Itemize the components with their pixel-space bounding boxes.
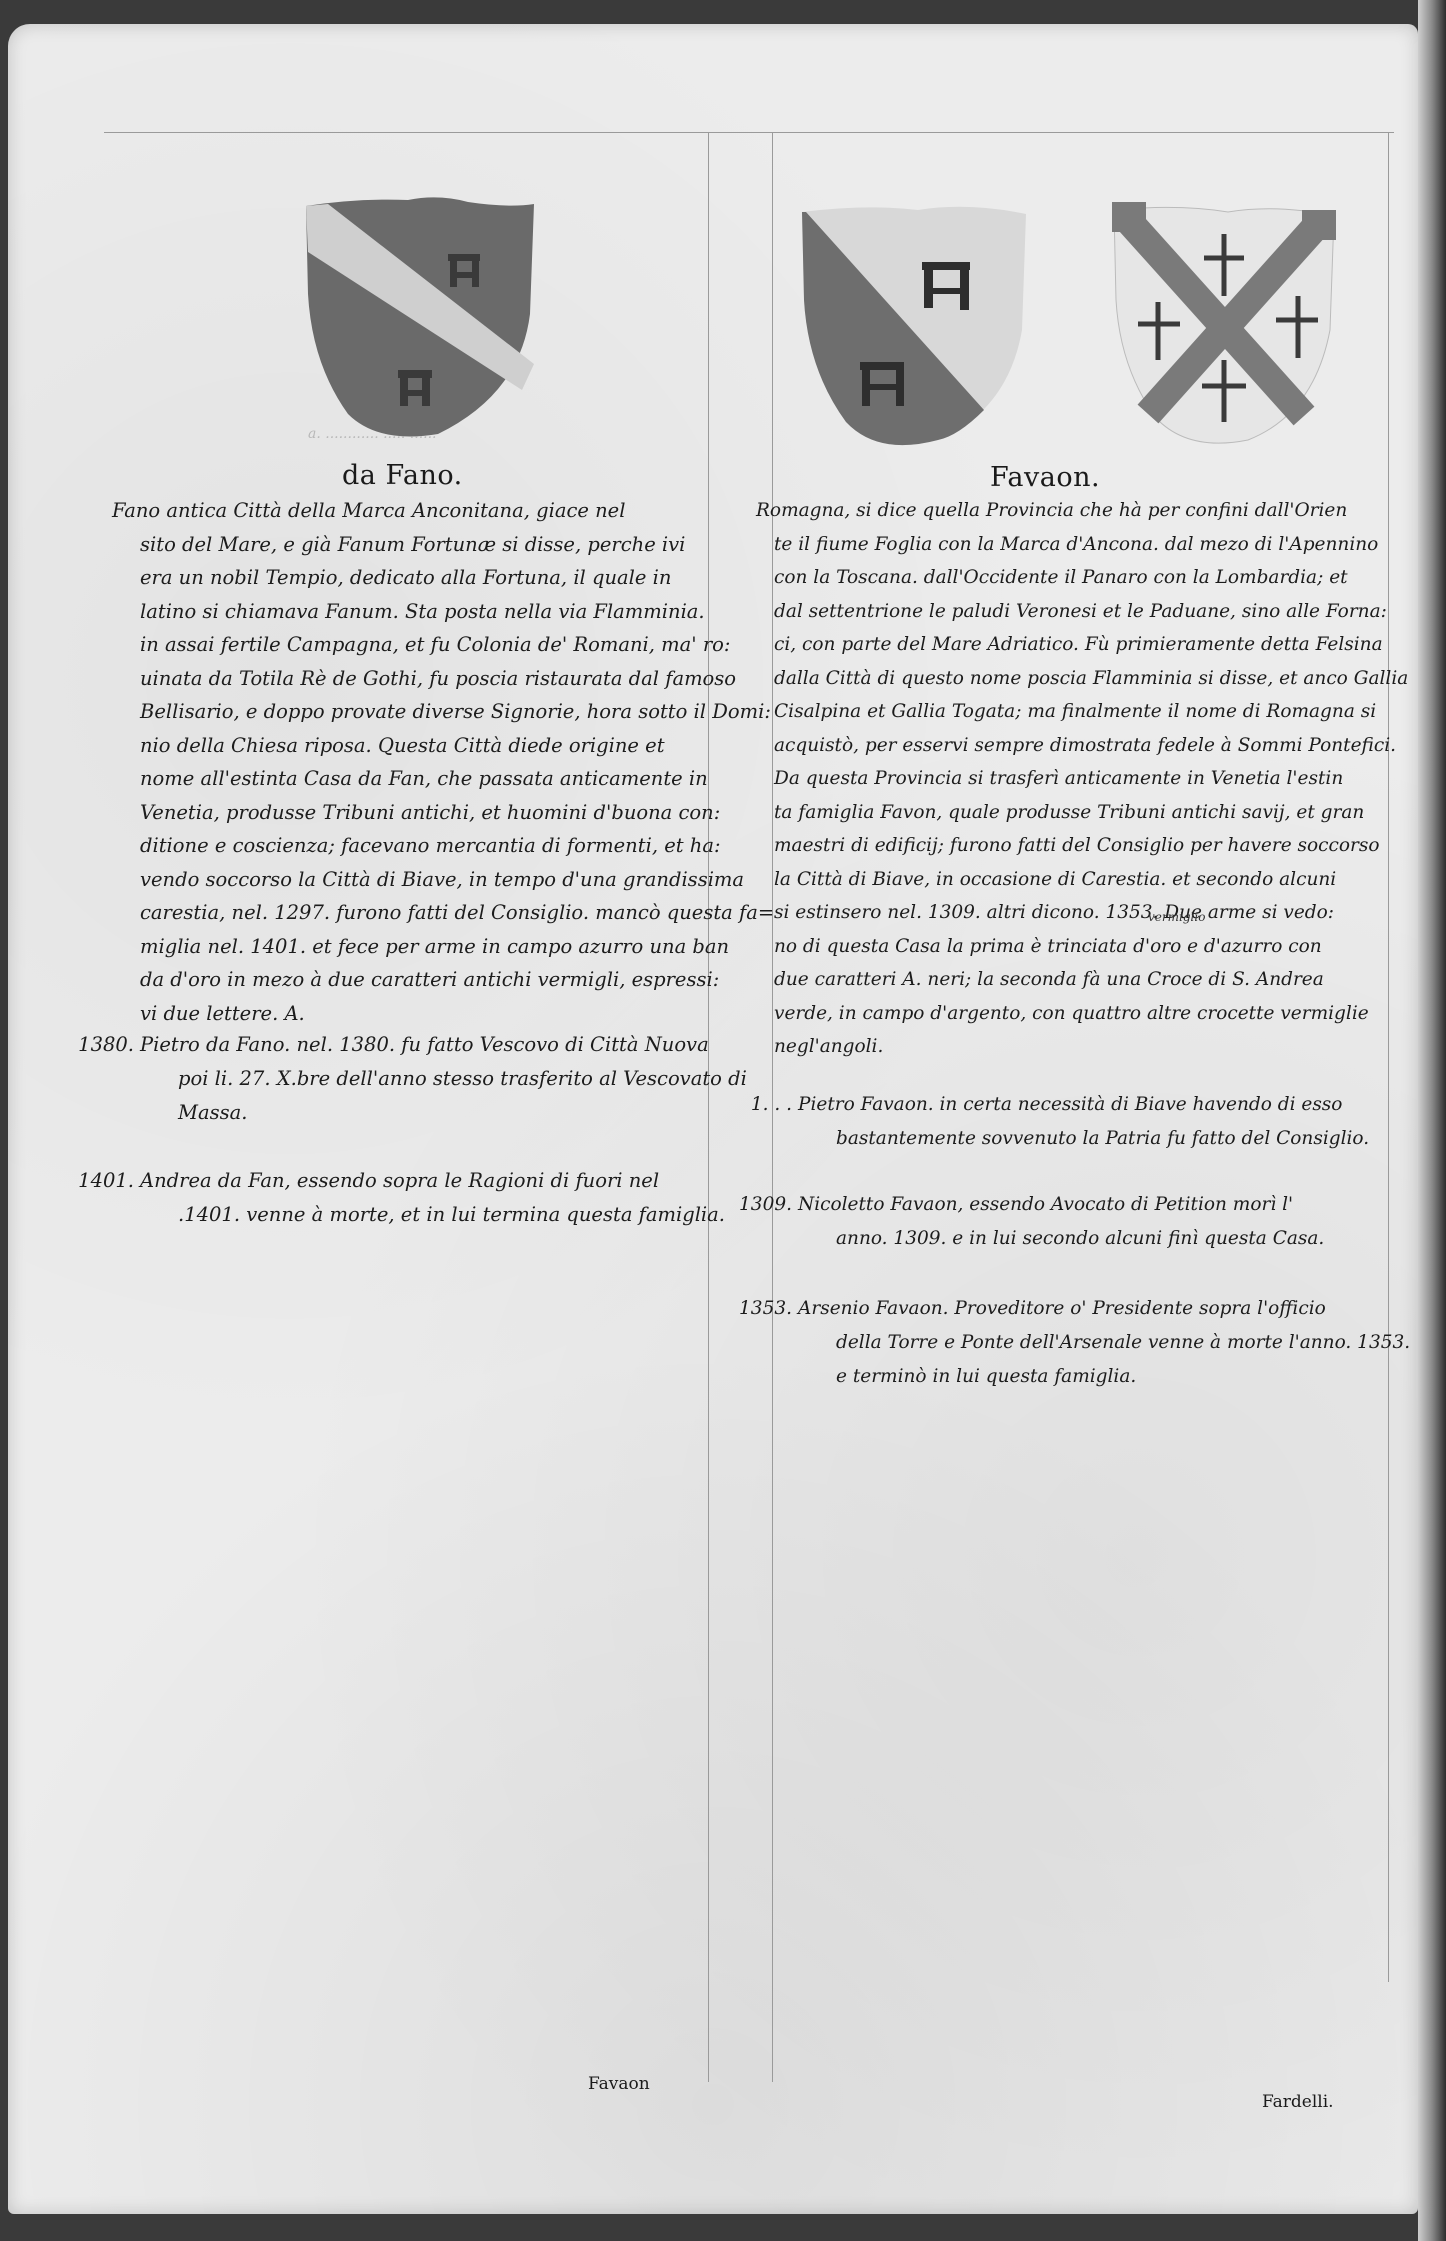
entry-pietro-favaon: 1. . . Pietro Favaon. in certa necessità… — [798, 1088, 1369, 1156]
da-fano-description: Fano antica Città della Marca Anconitana… — [140, 494, 774, 1030]
entry-line: e terminò in lui questa famiglia. — [798, 1360, 1410, 1394]
entry-year: 1309. — [728, 1188, 792, 1222]
entry-line: anno. 1309. e in lui secondo alcuni finì… — [798, 1222, 1324, 1256]
text-line: ta famiglia Favon, quale produsse Tribun… — [774, 796, 1408, 830]
text-line: due caratteri A. neri; la seconda fà una… — [774, 963, 1408, 997]
bleed-through-text: a. ............ ..... ...... — [308, 426, 437, 442]
text-line: Venetia, produsse Tribuni antichi, et hu… — [140, 796, 774, 830]
favaon-coat-of-arms-first — [798, 200, 1028, 450]
entry-line: Massa. — [140, 1096, 747, 1130]
text-line: vendo soccorso la Città di Biave, in tem… — [140, 863, 774, 897]
text-line: acquistò, per esservi sempre dimostrata … — [774, 729, 1408, 763]
text-line: ditione e coscienza; facevano mercantia … — [140, 829, 774, 863]
text-line: maestri di edificij; furono fatti del Co… — [774, 829, 1408, 863]
text-line: Bellisario, e doppo provate diverse Sign… — [140, 695, 774, 729]
interlinear-note: vermiglio — [1148, 910, 1205, 924]
text-line: negl'angoli. — [774, 1030, 1408, 1064]
text-line: vi due lettere. A. — [140, 997, 774, 1031]
text-line: carestia, nel. 1297. furono fatti del Co… — [140, 896, 774, 930]
entry-line: poi li. 27. X.bre dell'anno stesso trasf… — [140, 1062, 747, 1096]
text-line: con la Toscana. dall'Occidente il Panaro… — [774, 561, 1408, 595]
text-line: nio della Chiesa riposa. Questa Città di… — [140, 729, 774, 763]
text-line: in assai fertile Campagna, et fu Colonia… — [140, 628, 774, 662]
entry-nicoletto-favaon: 1309. Nicoletto Favaon, essendo Avocato … — [798, 1188, 1324, 1256]
catchword-center: Favaon — [588, 2074, 650, 2094]
text-line: Fano antica Città della Marca Anconitana… — [112, 494, 774, 528]
entry-line: Andrea da Fan, essendo sopra le Ragioni … — [140, 1164, 725, 1198]
page-edge — [1418, 0, 1446, 2241]
entry-line: Pietro Favaon. in certa necessità di Bia… — [798, 1088, 1369, 1122]
entry-arsenio-favaon: 1353. Arsenio Favaon. Proveditore o' Pre… — [798, 1292, 1410, 1394]
entry-year: 1. . . — [728, 1088, 792, 1122]
text-line: Romagna, si dice quella Provincia che hà… — [756, 494, 1408, 528]
text-line: miglia nel. 1401. et fece per arme in ca… — [140, 930, 774, 964]
text-line: la Città di Biave, in occasione di Cares… — [774, 863, 1408, 897]
text-line: da d'oro in mezo à due caratteri antichi… — [140, 963, 774, 997]
top-frame-rule — [104, 132, 1394, 133]
entry-line: della Torre e Ponte dell'Arsenale venne … — [798, 1326, 1410, 1360]
text-line: Cisalpina et Gallia Togata; ma finalment… — [774, 695, 1408, 729]
text-line: dalla Città di questo nome poscia Flammi… — [774, 662, 1408, 696]
entry-line: Arsenio Favaon. Proveditore o' President… — [798, 1292, 1410, 1326]
text-line: si estinsero nel. 1309. altri dicono. 13… — [774, 896, 1408, 930]
text-line: verde, in campo d'argento, con quattro a… — [774, 997, 1408, 1031]
entry-line: bastantemente sovvenuto la Patria fu fat… — [798, 1122, 1369, 1156]
entry-line: .1401. venne à morte, et in lui termina … — [140, 1198, 725, 1232]
entry-line: Pietro da Fano. nel. 1380. fu fatto Vesc… — [140, 1028, 747, 1062]
text-line: era un nobil Tempio, dedicato alla Fortu… — [140, 561, 774, 595]
text-line: uinata da Totila Rè de Gothi, fu poscia … — [140, 662, 774, 696]
catchword-right: Fardelli. — [1262, 2092, 1334, 2112]
text-line: sito del Mare, e già Fanum Fortunæ si di… — [140, 528, 774, 562]
favaon-description: Romagna, si dice quella Provincia che hà… — [774, 494, 1408, 1064]
text-line: te il fiume Foglia con la Marca d'Ancona… — [774, 528, 1408, 562]
favaon-coat-of-arms-second — [1108, 200, 1338, 450]
entry-year: 1380. — [70, 1028, 134, 1062]
entry-year: 1401. — [70, 1164, 134, 1198]
da-fano-coat-of-arms — [298, 194, 538, 444]
entry-andrea-da-fan: 1401. Andrea da Fan, essendo sopra le Ra… — [140, 1164, 725, 1232]
text-line: nome all'estinta Casa da Fan, che passat… — [140, 762, 774, 796]
text-line: ci, con parte del Mare Adriatico. Fù pri… — [774, 628, 1408, 662]
text-line: dal settentrione le paludi Veronesi et l… — [774, 595, 1408, 629]
da-fano-caption: da Fano. — [342, 460, 463, 491]
text-line: no di questa Casa la prima è trinciata d… — [774, 930, 1408, 964]
text-line: Da questa Provincia si trasferì anticame… — [774, 762, 1408, 796]
entry-line: Nicoletto Favaon, essendo Avocato di Pet… — [798, 1188, 1324, 1222]
manuscript-page: a. ............ ..... ...... da Fano. Fa… — [8, 24, 1418, 2214]
favaon-caption: Favaon. — [990, 462, 1100, 493]
entry-year: 1353. — [728, 1292, 792, 1326]
text-line: latino si chiamava Fanum. Sta posta nell… — [140, 595, 774, 629]
entry-pietro-da-fano: 1380. Pietro da Fano. nel. 1380. fu fatt… — [140, 1028, 747, 1130]
